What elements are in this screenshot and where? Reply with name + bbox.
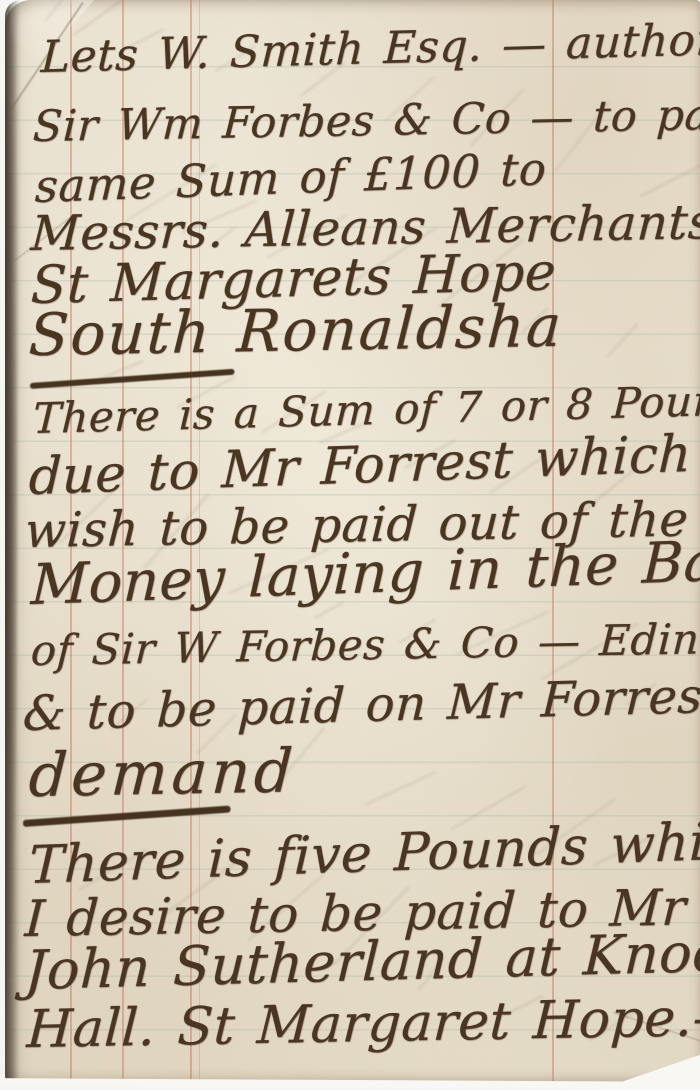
manuscript-page: Lets W. Smith Esq. — authorise Sir Wm Fo… <box>5 0 700 1082</box>
manuscript-line: Hall. St Margaret Hope.— <box>26 991 700 1056</box>
manuscript-line: Sir Wm Forbes & Co — to pay the <box>32 92 700 149</box>
manuscript-line: South Ronaldsha <box>27 297 564 364</box>
manuscript-line: of Sir W Forbes & Co — Edinboro <box>30 617 700 672</box>
worn-left-edge <box>5 0 21 1082</box>
manuscript-line: demand <box>27 741 298 806</box>
